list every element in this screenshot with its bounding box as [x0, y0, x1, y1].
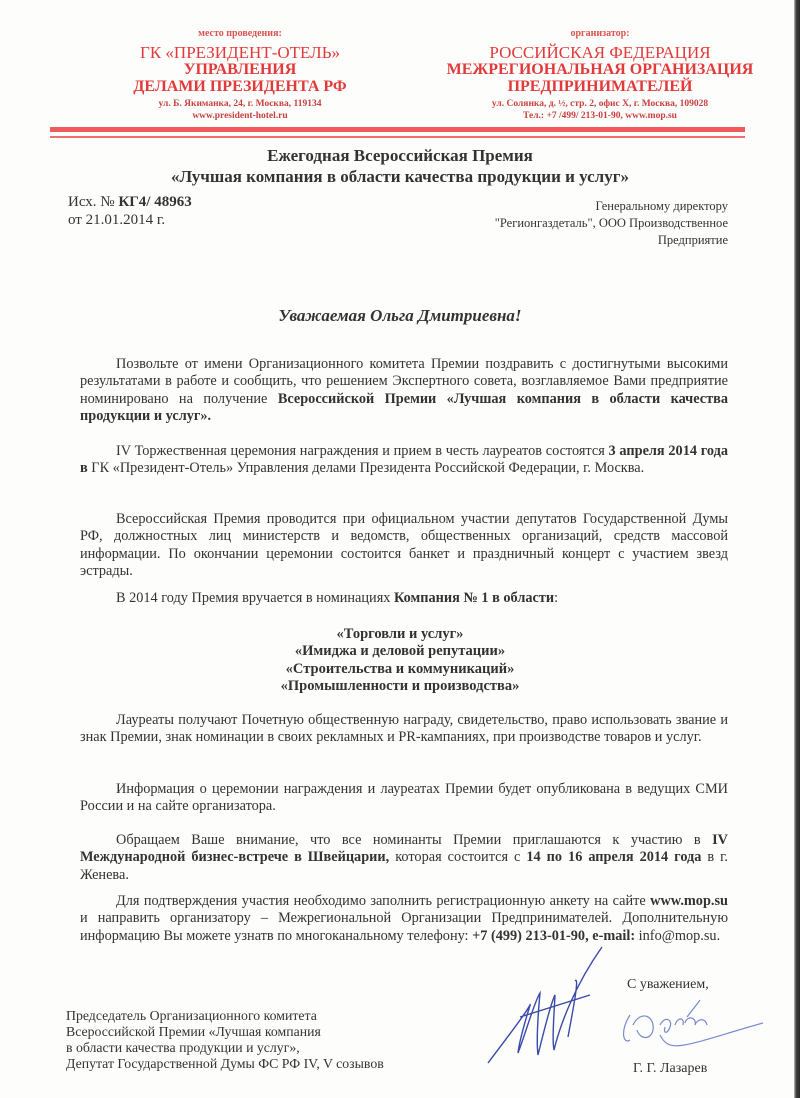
- organizer-contacts: Тел.: +7 /499/ 213-01-90, www.mop.su: [430, 110, 770, 122]
- closing-regards: С уважением,: [627, 977, 709, 993]
- ref-number: Исх. № КГ4/ 48963: [68, 193, 192, 211]
- organizer-label: организатор:: [430, 28, 770, 39]
- venue-address: ул. Б. Якиманка, 24, г. Москва, 119134 w…: [100, 98, 380, 122]
- paragraph-7: Обращаем Ваше внимание, что все номинант…: [80, 832, 728, 884]
- p5-text: Лауреаты получают Почетную общественную …: [80, 712, 728, 747]
- nomination-item: «Имиджа и деловой репутации»: [0, 643, 800, 660]
- venue-line1: УПРАВЛЕНИЯ: [100, 61, 380, 78]
- signer-name: Г. Г. Лазарев: [633, 1061, 707, 1077]
- addressee-line1: Генеральному директору: [495, 198, 728, 215]
- venue-address-line: ул. Б. Якиманка, 24, г. Москва, 119134: [100, 98, 380, 110]
- title-line1: Ежегодная Всероссийская Премия: [0, 145, 800, 166]
- organizer-address-line: ул. Солянка, д. ½, стр. 2, офис X, г. Мо…: [430, 98, 770, 110]
- venue-label: место проведения:: [100, 28, 380, 39]
- p8-email: info@mop.su.: [635, 928, 720, 944]
- p4-bold: Компания № 1 в области: [394, 590, 554, 606]
- p8-text: Для подтверждения участия необходимо зап…: [116, 893, 650, 909]
- p3-text: Всероссийская Премия проводится при офиц…: [80, 511, 728, 580]
- p4-text: В 2014 году Премия вручается в номинация…: [116, 590, 394, 606]
- ref-prefix: Исх. №: [68, 194, 118, 210]
- paragraph-4: В 2014 году Премия вручается в номинация…: [80, 590, 728, 607]
- organizer-line2: ПРЕДПРИНИМАТЕЛЕЙ: [430, 78, 770, 95]
- venue-org: ГК «ПРЕЗИДЕНТ-ОТЕЛЬ»: [100, 44, 380, 61]
- organizer-line1: МЕЖРЕГИОНАЛЬНАЯ ОРГАНИЗАЦИЯ: [430, 61, 770, 78]
- p6-text: Информация о церемонии награждения и лау…: [80, 781, 728, 816]
- venue-website: www.president-hotel.ru: [100, 110, 380, 122]
- secondary-signature-icon: [615, 995, 765, 1070]
- organizer-address: ул. Солянка, д. ½, стр. 2, офис X, г. Мо…: [430, 98, 770, 122]
- paragraph-5: Лауреаты получают Почетную общественную …: [80, 712, 728, 747]
- outgoing-reference: Исх. № КГ4/ 48963 от 21.01.2014 г.: [68, 193, 192, 229]
- ref-number-value: КГ4/ 48963: [118, 194, 191, 210]
- p7-text2: которая состоится с: [389, 849, 526, 865]
- nomination-item: «Промышленности и производства»: [0, 678, 800, 695]
- position-line: в области качества продукции и услуг»,: [66, 1040, 384, 1056]
- addressee: Генеральному директору "Регионгаздеталь"…: [495, 198, 728, 249]
- paragraph-6: Информация о церемонии награждения и лау…: [80, 781, 728, 816]
- header-divider-thick: [50, 127, 745, 132]
- organizer-country: РОССИЙСКАЯ ФЕДЕРАЦИЯ: [430, 44, 770, 61]
- venue-line2: ДЕЛАМИ ПРЕЗИДЕНТА РФ: [100, 78, 380, 95]
- p2-text: IV Торжественная церемония награждения и…: [116, 443, 609, 459]
- position-line: Всероссийской Премии «Лучшая компания: [66, 1024, 384, 1040]
- salutation: Уважаемая Ольга Дмитриевна!: [0, 306, 800, 326]
- letterhead-organizer: организатор: РОССИЙСКАЯ ФЕДЕРАЦИЯ МЕЖРЕГ…: [430, 28, 770, 122]
- handwritten-signature-icon: [480, 945, 610, 1075]
- p4-end: :: [554, 590, 558, 606]
- p7-dates: 14 по 16 апреля 2014 года: [526, 849, 701, 865]
- signatory-position: Председатель Организационного комитета В…: [66, 1008, 384, 1072]
- letterhead-venue: место проведения: ГК «ПРЕЗИДЕНТ-ОТЕЛЬ» У…: [100, 28, 380, 122]
- nominations-list: «Торговли и услуг» «Имиджа и деловой реп…: [0, 626, 800, 695]
- header-divider-thin: [50, 136, 745, 138]
- position-line: Депутат Государственной Думы ФС РФ IV, V…: [66, 1056, 384, 1072]
- ref-date: от 21.01.2014 г.: [68, 211, 192, 229]
- paragraph-2: IV Торжественная церемония награждения и…: [80, 443, 728, 478]
- nomination-item: «Строительства и коммуникаций»: [0, 661, 800, 678]
- title-line2: «Лучшая компания в области качества прод…: [0, 166, 800, 187]
- paragraph-3: Всероссийская Премия проводится при офиц…: [80, 511, 728, 580]
- p7-text: Обращаем Ваше внимание, что все номинант…: [116, 832, 712, 848]
- addressee-line3: Предприятие: [495, 232, 728, 249]
- p8-phone: +7 (499) 213-01-90, e-mail:: [472, 928, 635, 944]
- paragraph-1: Позвольте от имени Организационного коми…: [80, 356, 728, 425]
- p8-website: www.mop.su: [650, 893, 728, 909]
- addressee-line2: "Регионгаздеталь", ООО Производственное: [495, 215, 728, 232]
- position-line: Председатель Организационного комитета: [66, 1008, 384, 1024]
- document-title: Ежегодная Всероссийская Премия «Лучшая к…: [0, 145, 800, 187]
- paragraph-8: Для подтверждения участия необходимо зап…: [80, 893, 728, 945]
- nomination-item: «Торговли и услуг»: [0, 626, 800, 643]
- p2-venue: ГК «Президент-Отель» Управления делами П…: [88, 460, 644, 476]
